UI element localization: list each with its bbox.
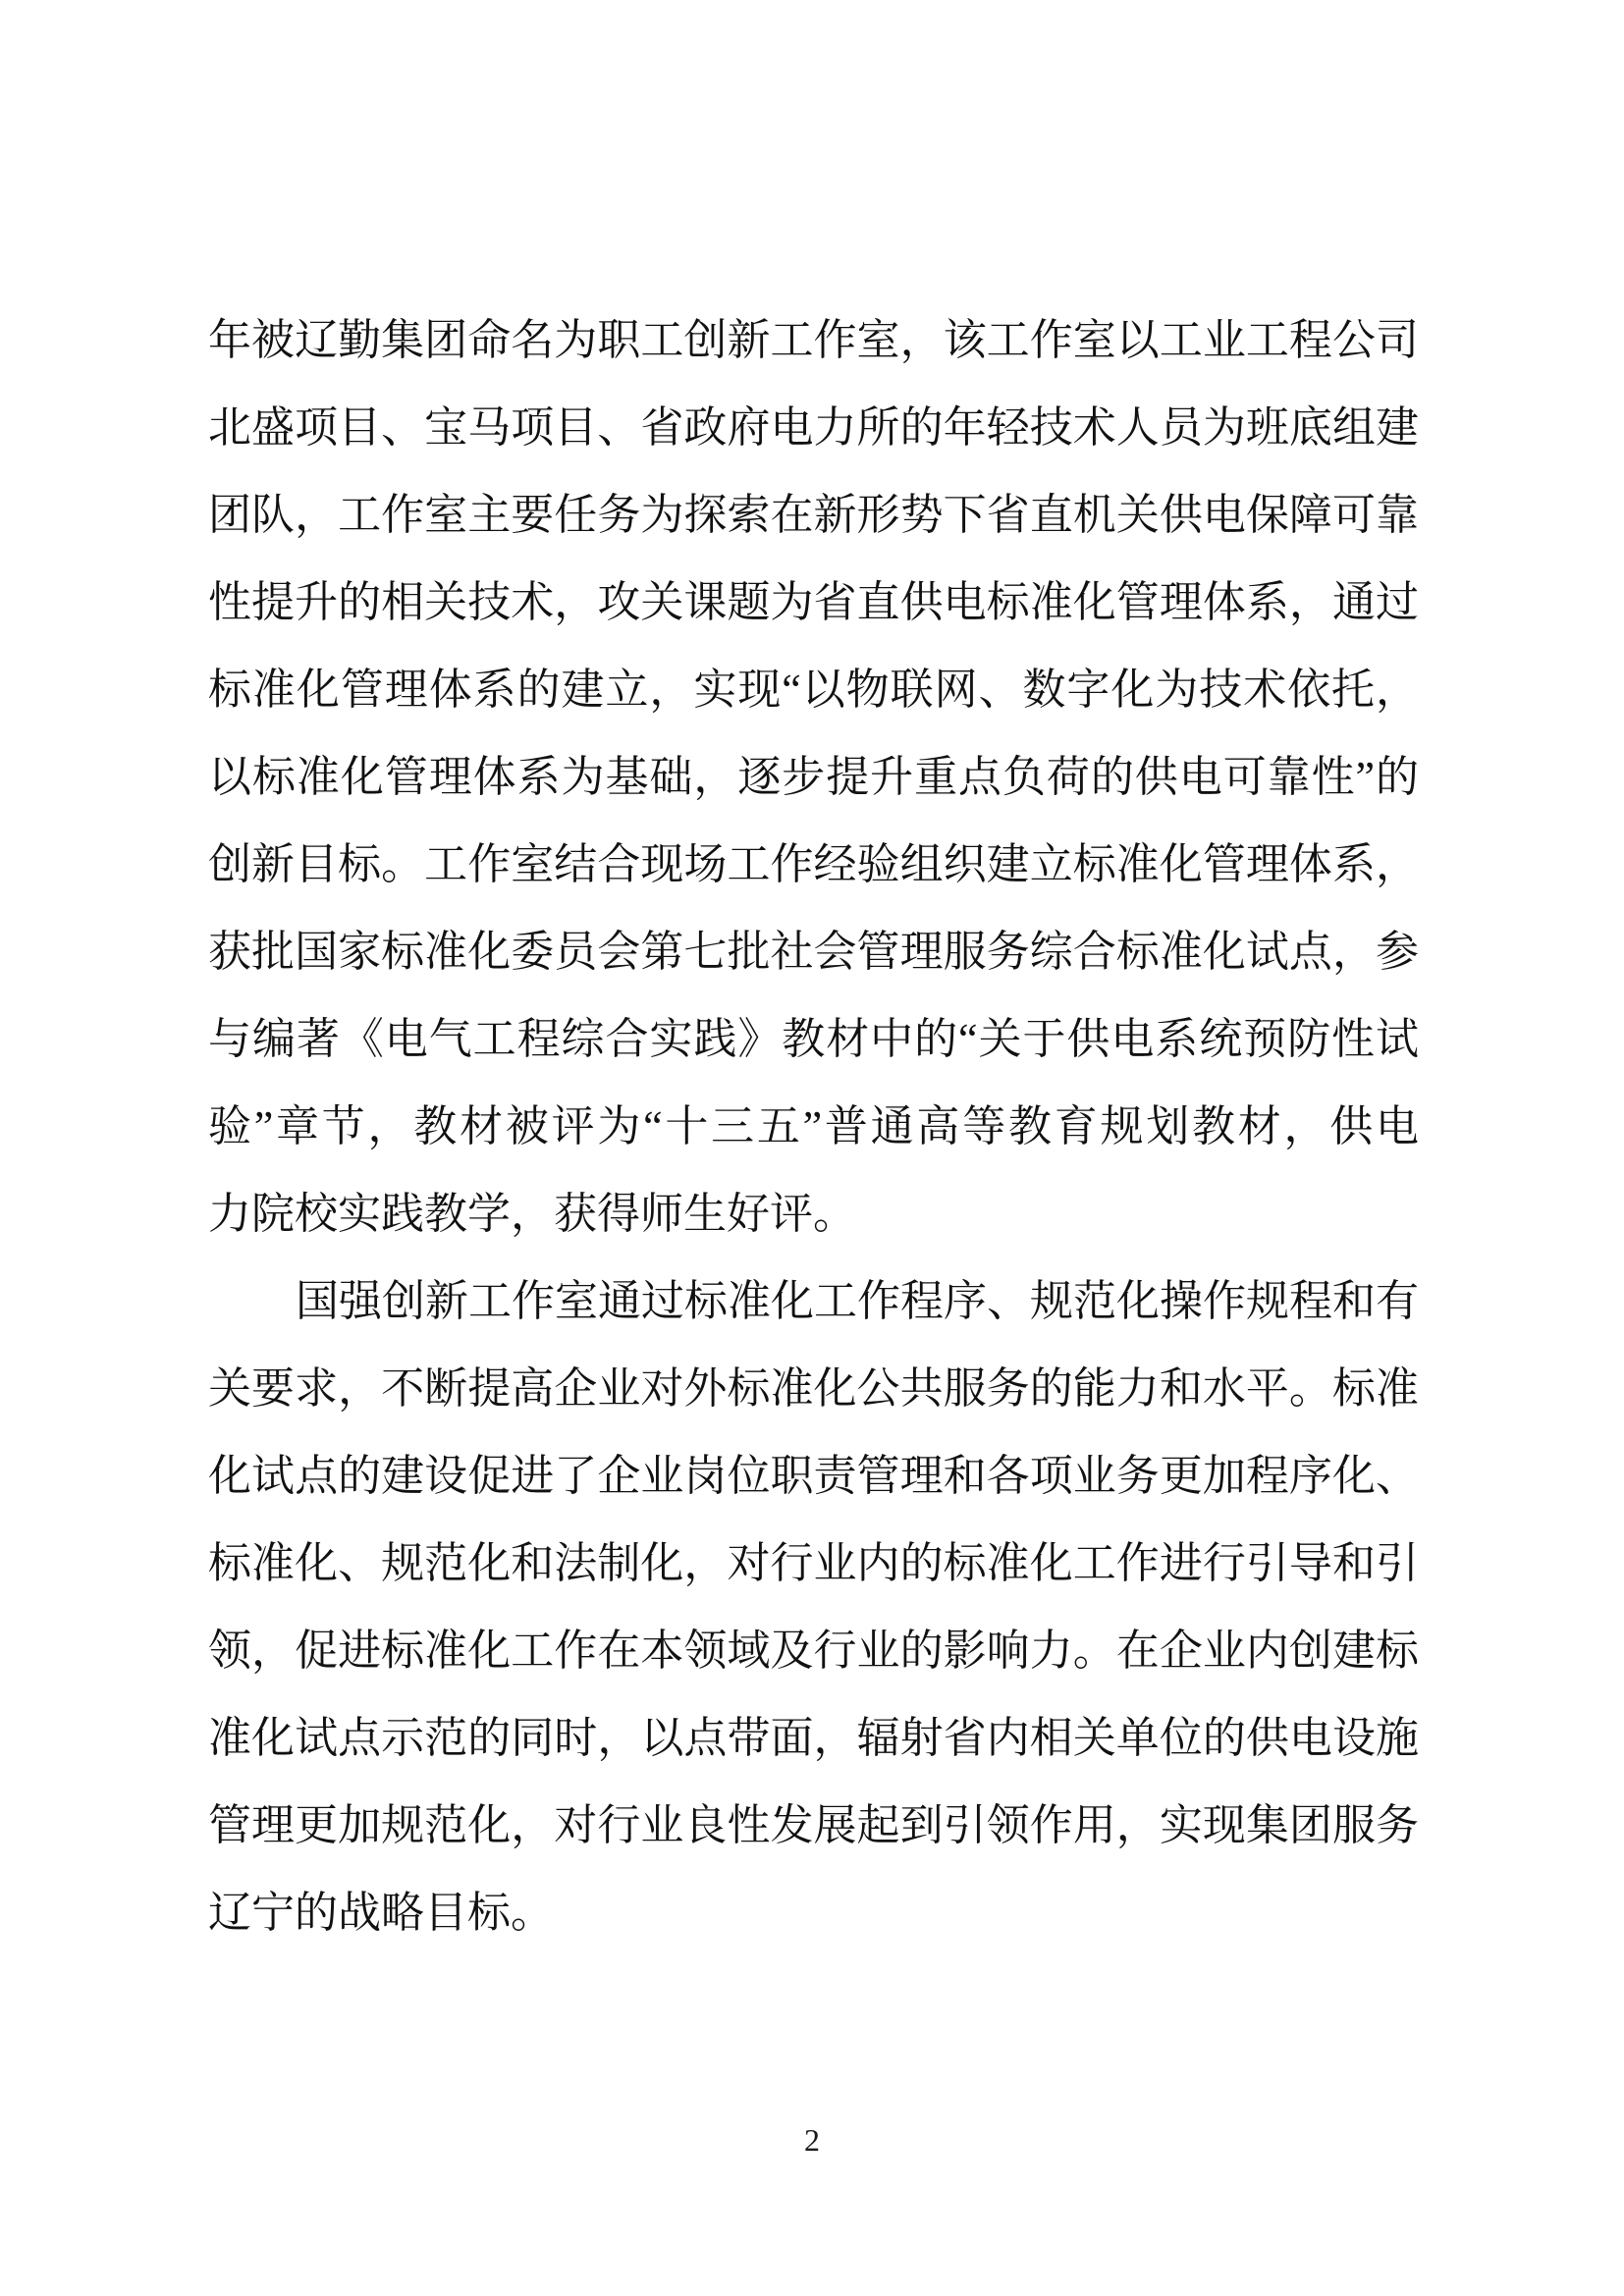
paragraph-2: 国强创新工作室通过标准化工作程序、规范化操作规程和有 关要求，不断提高企业对外标… (208, 1257, 1419, 1956)
text-line: 领，促进标准化工作在本领域及行业的影响力。在企业内创建标 (208, 1607, 1419, 1694)
text-line: 准化试点示范的同时，以点带面，辐射省内相关单位的供电设施 (208, 1694, 1419, 1782)
text-line: 团队，工作室主要任务为探索在新形势下省直机关供电保障可靠 (208, 471, 1419, 559)
text-line: 国强创新工作室通过标准化工作程序、规范化操作规程和有 (208, 1257, 1419, 1345)
text-line: 验”章节，教材被评为“十三五”普通高等教育规划教材，供电 (208, 1083, 1419, 1170)
text-line: 标准化、规范化和法制化，对行业内的标准化工作进行引导和引 (208, 1520, 1419, 1607)
text-line: 与编著《电气工程综合实践》教材中的“关于供电系统预防性试 (208, 995, 1419, 1083)
text-line: 获批国家标准化委员会第七批社会管理服务综合标准化试点，参 (208, 908, 1419, 995)
text-line: 北盛项目、宝马项目、省政府电力所的年轻技术人员为班底组建 (208, 384, 1419, 471)
text-line: 性提升的相关技术，攻关课题为省直供电标准化管理体系，通过 (208, 559, 1419, 646)
text-line: 管理更加规范化，对行业良性发展起到引领作用，实现集团服务 (208, 1782, 1419, 1869)
text-line: 创新目标。工作室结合现场工作经验组织建立标准化管理体系， (208, 821, 1419, 908)
text-line: 标准化管理体系的建立，实现“以物联网、数字化为技术依托， (208, 646, 1419, 733)
body-text: 年被辽勤集团命名为职工创新工作室，该工作室以工业工程公司 北盛项目、宝马项目、省… (208, 296, 1419, 1956)
paragraph-1: 年被辽勤集团命名为职工创新工作室，该工作室以工业工程公司 北盛项目、宝马项目、省… (208, 296, 1419, 1257)
document-page: 年被辽勤集团命名为职工创新工作室，该工作室以工业工程公司 北盛项目、宝马项目、省… (0, 0, 1624, 2296)
text-line: 辽宁的战略目标。 (208, 1869, 1419, 1956)
text-line: 关要求，不断提高企业对外标准化公共服务的能力和水平。标准 (208, 1345, 1419, 1432)
page-number: 2 (0, 2120, 1624, 2160)
text-line: 力院校实践教学，获得师生好评。 (208, 1170, 1419, 1257)
text-line: 以标准化管理体系为基础，逐步提升重点负荷的供电可靠性”的 (208, 733, 1419, 821)
text-line: 化试点的建设促进了企业岗位职责管理和各项业务更加程序化、 (208, 1432, 1419, 1520)
text-line: 年被辽勤集团命名为职工创新工作室，该工作室以工业工程公司 (208, 296, 1419, 384)
